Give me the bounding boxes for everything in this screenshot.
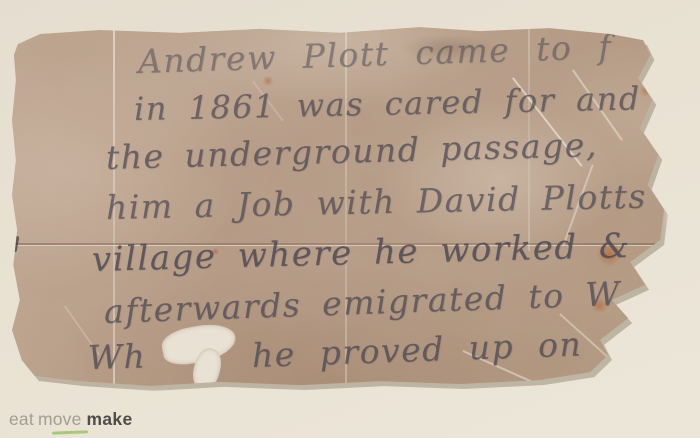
watermark-logo: eatmovemake <box>9 409 133 430</box>
watermark-word-move: move <box>38 409 82 429</box>
watermark-accent-underline <box>52 430 88 434</box>
watermark-word-make: make <box>87 409 133 429</box>
photo-mat: Andrew Plott came to f in 1861 was cared… <box>0 0 700 438</box>
watermark-word-eat: eat <box>9 409 34 429</box>
paper-fragment: Andrew Plott came to f in 1861 was cared… <box>12 26 664 388</box>
stain-spot <box>262 76 274 86</box>
stain-spot <box>639 84 653 97</box>
handwritten-line-7-start: Wh <box>87 336 146 377</box>
